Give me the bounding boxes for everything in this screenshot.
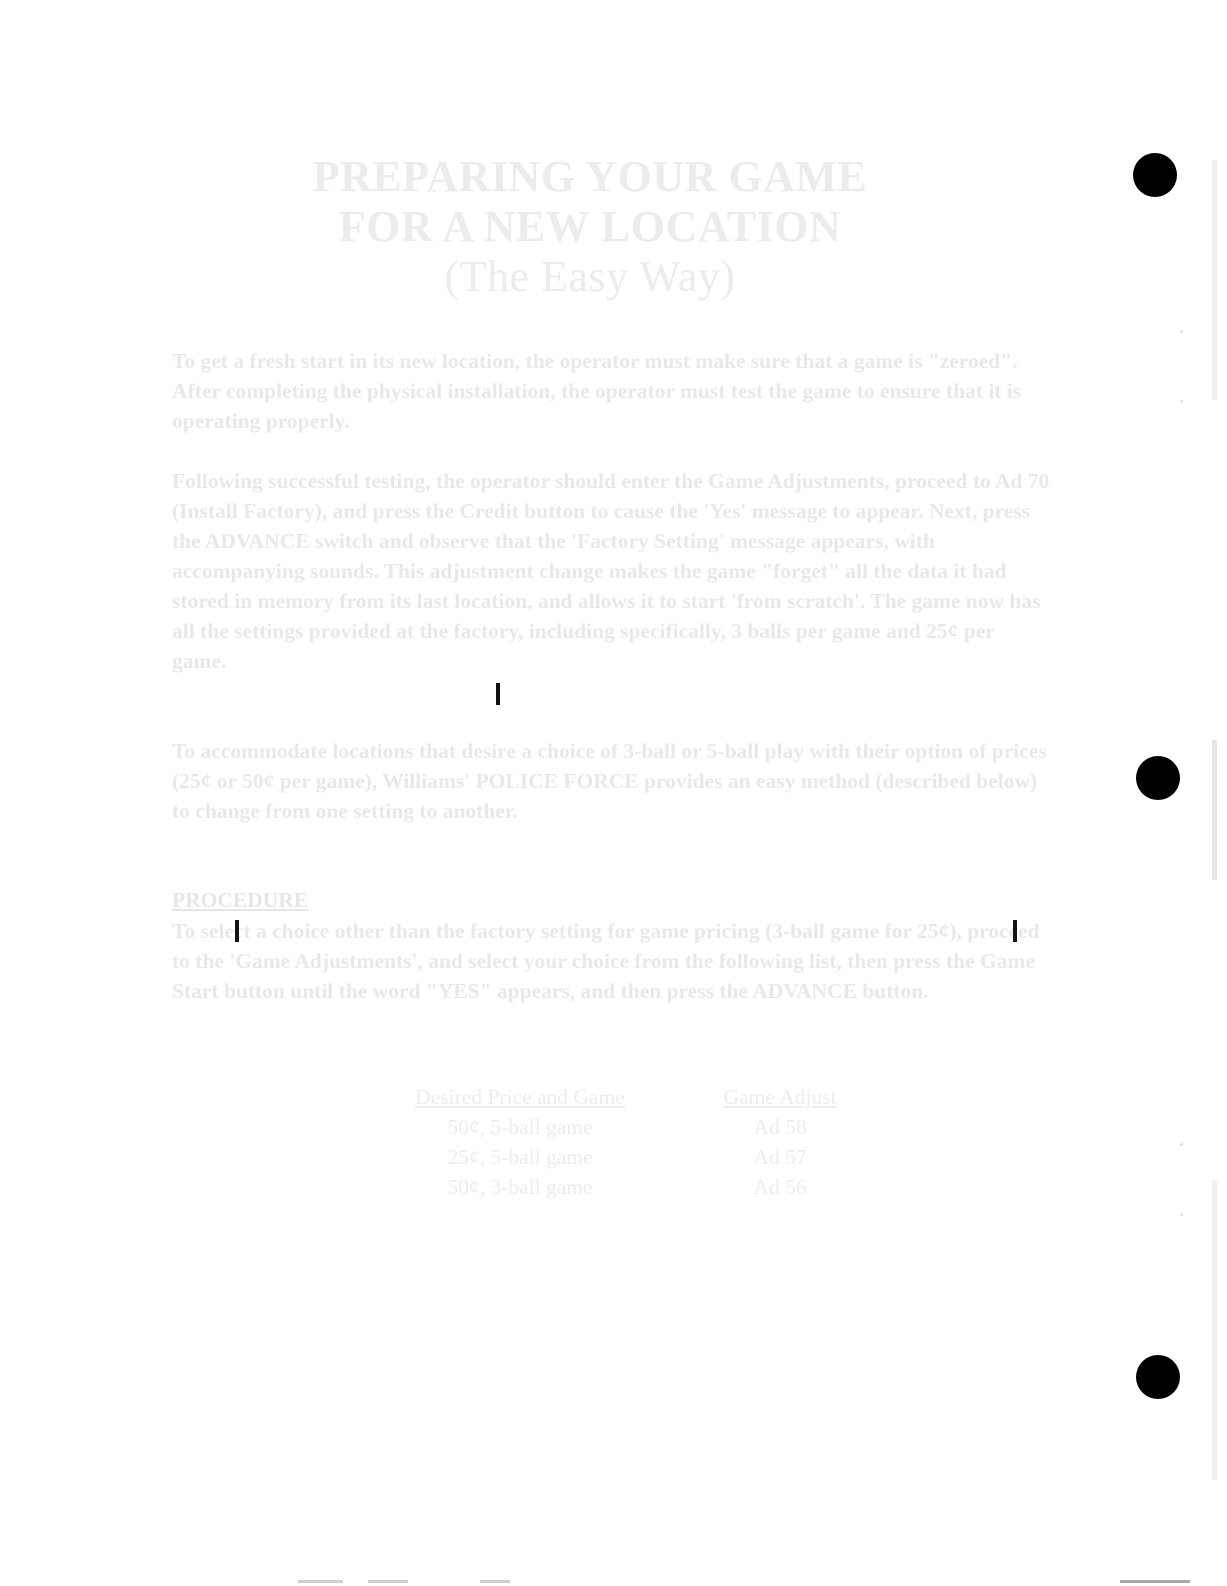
pricing-options-paragraph: To accommodate locations that desire a c…: [172, 736, 1052, 826]
scan-speck: [1180, 1143, 1183, 1146]
page-edge-shadow: [1212, 740, 1217, 880]
factory-reset-paragraph: Following successful testing, the operat…: [172, 466, 1052, 676]
scan-speck: [1180, 400, 1183, 403]
punch-hole-icon: [1136, 1355, 1180, 1399]
scan-mark: [496, 683, 500, 705]
table-row: 50¢, 5-ball game Ad 58: [345, 1112, 865, 1142]
adjust-cell: Ad 58: [695, 1112, 865, 1142]
scan-speck: [1180, 330, 1183, 333]
punch-hole-icon: [1133, 153, 1177, 197]
price-cell: 50¢, 3-ball game: [345, 1172, 695, 1202]
adjust-cell: Ad 56: [695, 1172, 865, 1202]
price-cell: 25¢, 5-ball game: [345, 1142, 695, 1172]
page-bottom-edge: [298, 1580, 343, 1583]
punch-hole-icon: [1136, 756, 1180, 800]
scanned-manual-page: PREPARING YOUR GAME FOR A NEW LOCATION (…: [0, 0, 1227, 1586]
table-header-row: Desired Price and Game Game Adjust: [345, 1082, 865, 1112]
page-bottom-edge: [1120, 1580, 1190, 1583]
scan-speck: [1180, 1213, 1183, 1216]
procedure-paragraph: To select a choice other than the factor…: [172, 916, 1052, 1006]
table-row: 25¢, 5-ball game Ad 57: [345, 1142, 865, 1172]
title-line-2: FOR A NEW LOCATION: [240, 202, 940, 252]
page-title: PREPARING YOUR GAME FOR A NEW LOCATION (…: [240, 152, 940, 302]
column-header-adjust: Game Adjust: [695, 1082, 865, 1112]
page-bottom-edge: [480, 1580, 510, 1583]
page-bottom-edge: [368, 1580, 408, 1583]
title-line-3: (The Easy Way): [240, 252, 940, 302]
scan-mark: [1013, 920, 1017, 942]
price-cell: 50¢, 5-ball game: [345, 1112, 695, 1142]
price-adjust-table: Desired Price and Game Game Adjust 50¢, …: [345, 1082, 865, 1202]
page-edge-shadow: [1212, 160, 1217, 400]
scan-mark: [235, 920, 239, 942]
column-header-price: Desired Price and Game: [345, 1082, 695, 1112]
title-line-1: PREPARING YOUR GAME: [240, 152, 940, 202]
intro-paragraph: To get a fresh start in its new location…: [172, 346, 1052, 436]
page-edge-shadow: [1212, 1180, 1217, 1480]
table-row: 50¢, 3-ball game Ad 56: [345, 1172, 865, 1202]
procedure-heading: PROCEDURE: [172, 888, 308, 913]
adjust-cell: Ad 57: [695, 1142, 865, 1172]
